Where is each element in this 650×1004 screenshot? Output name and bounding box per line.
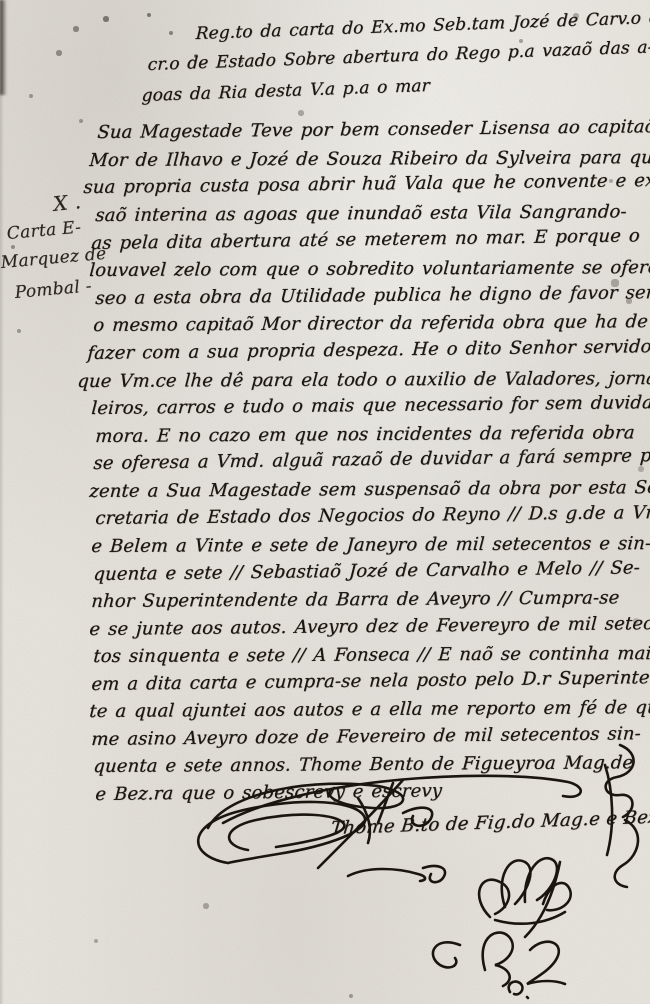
manuscript-line: as pela dita abertura até se meterem no … [91, 225, 641, 254]
manuscript-line: louvavel zelo com que o sobredito volunt… [89, 257, 650, 281]
manuscript-line: cretaria de Estado dos Negocios do Reyno… [95, 502, 650, 529]
margin-x-mark: X . [52, 189, 82, 216]
manuscript-line: me asino Aveyro doze de Fevereiro de mil… [91, 723, 642, 750]
manuscript-line: o mesmo capitaõ Mor director da referida… [93, 311, 649, 336]
manuscript-line: sua propria custa posa abrir huã Vala qu… [83, 169, 650, 198]
manuscript-line: e se junte aos autos. Aveyro dez de Feve… [89, 613, 650, 640]
manuscript-line: saõ interina as agoas que inundaõ esta V… [95, 201, 628, 226]
manuscript-line: em a dita carta e cumpra-se nela posto p… [91, 667, 650, 695]
rubric-paraph-bottom-icon [415, 920, 580, 1004]
manuscript-line: seo a esta obra da Utilidade publica he … [95, 282, 650, 309]
manuscript-line: tos sinquenta e sete // A Fonseca // E n… [93, 643, 650, 667]
manuscript-line: Sua Magestade Teve por bem conseder Lise… [97, 116, 650, 143]
manuscript-line: se oferesa a Vmd. alguã razaõ de duvidar… [93, 445, 650, 474]
heading-line: goas da Ria desta V.a p.a o mar [141, 76, 430, 106]
heading-line: Reg.to da carta do Ex.mo Seb.tam Jozé de… [195, 5, 650, 44]
manuscript-line: te a qual ajuntei aos autos e a ella me … [89, 697, 650, 722]
manuscript-line: mora. E no cazo em que nos incidentes da… [95, 422, 636, 447]
margin-note-line: Pombal - [14, 276, 93, 303]
manuscript-line: que Vm.ce lhe dê para ela todo o auxilio… [77, 368, 650, 392]
scan-corner-smudge [0, 0, 7, 95]
manuscript-line: leiros, carros e tudo o mais que necessa… [91, 392, 650, 419]
rubric-flourish-right-icon [585, 735, 650, 895]
manuscript-page: Reg.to da carta do Ex.mo Seb.tam Jozé de… [0, 0, 650, 1004]
manuscript-line: fazer com a sua propria despeza. He o di… [87, 336, 650, 364]
manuscript-line: e Belem a Vinte e sete de Janeyro de mil… [91, 533, 650, 557]
scan-left-edge-shade [0, 0, 4, 1004]
manuscript-line: nhor Superintendente da Barra de Aveyro … [91, 587, 620, 612]
margin-note-line: Carta E- [6, 218, 82, 244]
manuscript-line: zente a Sua Magestade sem suspensaõ da o… [89, 477, 650, 502]
manuscript-line: quenta e sete // Sebastiaõ Jozé de Carva… [93, 557, 641, 585]
manuscript-line: Mor de Ilhavo e Jozé de Souza Ribeiro da… [89, 147, 650, 171]
